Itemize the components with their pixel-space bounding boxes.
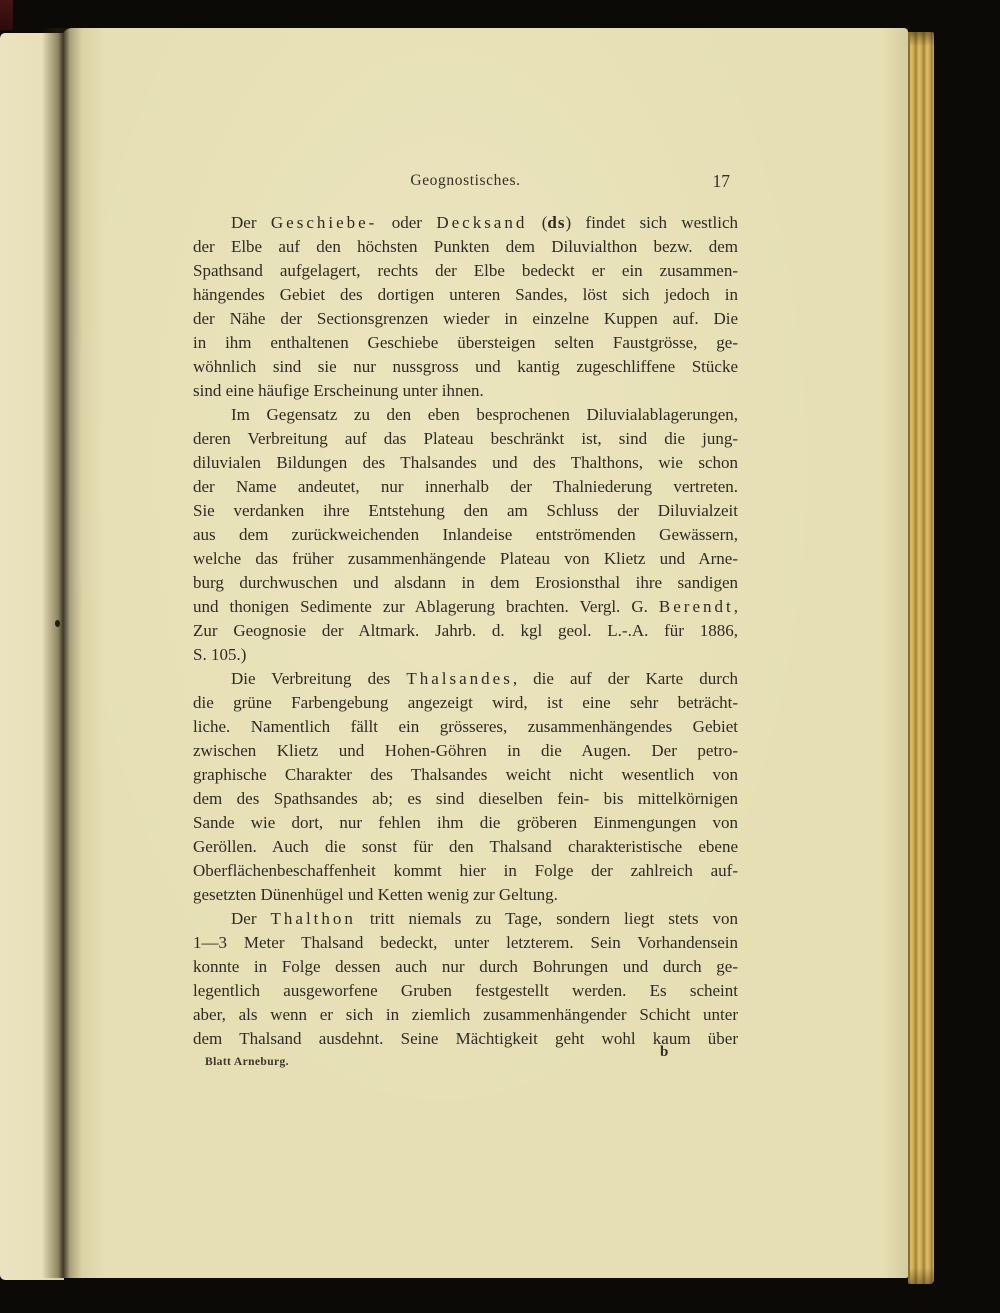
text-line: diluvialen Bildungen des Thalsandes und … <box>193 451 738 475</box>
text-line: deren Verbreitung auf das Plateau beschr… <box>193 427 738 451</box>
text-segment-normal: zwischen Klietz und Hohen-Göhren in die … <box>193 741 738 760</box>
text-line: der Elbe auf den höchsten Punkten dem Di… <box>193 235 738 259</box>
text-segment-normal: deren Verbreitung auf das Plateau beschr… <box>193 429 738 448</box>
text-segment-normal: legentlich ausgeworfene Gruben festgeste… <box>193 981 738 1000</box>
text-line: gesetzten Dünenhügel und Ketten wenig zu… <box>193 883 738 907</box>
text-segment-spaced: Thalsandes <box>406 669 512 688</box>
gutter-speck <box>55 620 60 627</box>
text-line: in ihm enthaltenen Geschiebe übersteigen… <box>193 331 738 355</box>
text-segment-normal: aber, als wenn er sich in ziemlich zusam… <box>193 1005 738 1024</box>
text-line: burg durchwuschen und alsdann in dem Ero… <box>193 571 738 595</box>
text-segment-spaced: Berendt <box>659 597 734 616</box>
text-line: aber, als wenn er sich in ziemlich zusam… <box>193 1003 738 1027</box>
text-segment-normal: Sie verdanken ihre Entstehung den am Sch… <box>193 501 738 520</box>
text-line: sind eine häufige Erscheinung unter ihne… <box>193 379 738 403</box>
text-line: hängendes Gebiet des dortigen unteren Sa… <box>193 283 738 307</box>
text-line: Sande wie dort, nur fehlen ihm die gröbe… <box>193 811 738 835</box>
paragraph: Der Geschiebe- oder Decksand (ds) findet… <box>193 211 738 403</box>
text-segment-normal: burg durchwuschen und alsdann in dem Ero… <box>193 573 738 592</box>
text-segment-normal: und thonigen Sedimente zur Ablagerung br… <box>193 597 659 616</box>
text-segment-spaced: Decksand <box>436 213 527 232</box>
text-segment-normal: tritt niemals zu Tage, sondern liegt ste… <box>356 909 738 928</box>
running-title: Geognostisches. <box>193 172 738 190</box>
text-segment-normal: sind eine häufige Erscheinung unter ihne… <box>193 381 484 400</box>
text-segment-normal: Oberflächenbeschaffenheit kommt hier in … <box>193 861 738 880</box>
text-segment-spaced: Geschiebe- <box>271 213 377 232</box>
text-line: aus dem zurückweichenden Inlandeise ents… <box>193 523 738 547</box>
page-edge-stack <box>908 32 934 1284</box>
text-line: dem des Spathsandes ab; es sind dieselbe… <box>193 787 738 811</box>
text-line: wöhnlich sind sie nur nussgross und kant… <box>193 355 738 379</box>
page-header: Geognostisches. 17 <box>193 172 738 194</box>
text-segment-normal: ( <box>527 213 547 232</box>
text-line: zwischen Klietz und Hohen-Göhren in die … <box>193 739 738 763</box>
text-segment-normal: Die Verbreitung des <box>231 669 406 688</box>
text-line: graphische Charakter des Thalsandes weic… <box>193 763 738 787</box>
text-segment-normal: welche das früher zusammenhängende Plate… <box>193 549 738 568</box>
text-segment-normal: der Name andeutet, nur innerhalb der Tha… <box>193 477 738 496</box>
text-segment-normal: gesetzten Dünenhügel und Ketten wenig zu… <box>193 885 558 904</box>
text-segment-normal: S. 105.) <box>193 645 246 664</box>
text-line: Oberflächenbeschaffenheit kommt hier in … <box>193 859 738 883</box>
text-segment-normal: in ihm enthaltenen Geschiebe übersteigen… <box>193 333 738 352</box>
text-line: Spathsand aufgelagert, rechts der Elbe b… <box>193 259 738 283</box>
text-line: und thonigen Sedimente zur Ablagerung br… <box>193 595 738 619</box>
text-segment-normal: oder <box>377 213 436 232</box>
text-segment-normal: Sande wie dort, nur fehlen ihm die gröbe… <box>193 813 738 832</box>
signature-title: Blatt Arneburg. <box>205 1056 289 1068</box>
text-line: der Nähe der Sectionsgrenzen wieder in e… <box>193 307 738 331</box>
text-segment-normal: konnte in Folge dessen auch nur durch Bo… <box>193 957 738 976</box>
text-segment-normal: der Elbe auf den höchsten Punkten dem Di… <box>193 237 738 256</box>
text-line: welche das früher zusammenhängende Plate… <box>193 547 738 571</box>
text-segment-normal: Zur Geognosie der Altmark. Jahrb. d. kgl… <box>193 621 738 640</box>
text-line: Der Thalthon tritt niemals zu Tage, sond… <box>193 907 738 931</box>
cover-corner-red-detail <box>0 0 13 30</box>
text-segment-normal: aus dem zurückweichenden Inlandeise ents… <box>193 525 738 544</box>
text-line: S. 105.) <box>193 643 738 667</box>
text-line: liche. Namentlich fällt ein grösseres, z… <box>193 715 738 739</box>
text-segment-normal: die grüne Farbengebung angezeigt wird, i… <box>193 693 738 712</box>
text-segment-normal: liche. Namentlich fällt ein grösseres, z… <box>193 717 738 736</box>
text-segment-normal: , <box>734 597 738 616</box>
paragraph: Die Verbreitung des Thalsandes, die auf … <box>193 667 738 907</box>
text-block: Der Geschiebe- oder Decksand (ds) findet… <box>193 211 738 1051</box>
text-line: der Name andeutet, nur innerhalb der Tha… <box>193 475 738 499</box>
paragraph: Der Thalthon tritt niemals zu Tage, sond… <box>193 907 738 1051</box>
text-segment-normal: hängendes Gebiet des dortigen unteren Sa… <box>193 285 738 304</box>
text-segment-bold: ds <box>547 213 565 232</box>
text-line: konnte in Folge dessen auch nur durch Bo… <box>193 955 738 979</box>
text-segment-normal: Der <box>231 213 271 232</box>
text-line: legentlich ausgeworfene Gruben festgeste… <box>193 979 738 1003</box>
text-segment-normal: , die auf der Karte durch <box>513 669 738 688</box>
text-segment-normal: Im Gegensatz zu den eben besprochenen Di… <box>231 405 738 424</box>
signature-mark: b <box>660 1044 668 1061</box>
text-segment-normal: Der <box>231 909 271 928</box>
text-line: Der Geschiebe- oder Decksand (ds) findet… <box>193 211 738 235</box>
text-segment-normal: diluvialen Bildungen des Thalsandes und … <box>193 453 738 472</box>
paragraph: Im Gegensatz zu den eben besprochenen Di… <box>193 403 738 667</box>
text-segment-spaced: Thalthon <box>271 909 356 928</box>
text-line: Im Gegensatz zu den eben besprochenen Di… <box>193 403 738 427</box>
text-line: Zur Geognosie der Altmark. Jahrb. d. kgl… <box>193 619 738 643</box>
text-line: Geröllen. Auch die sonst für den Thalsan… <box>193 835 738 859</box>
text-segment-normal: dem des Spathsandes ab; es sind dieselbe… <box>193 789 738 808</box>
book-page: Geognostisches. 17 Der Geschiebe- oder D… <box>62 28 908 1278</box>
text-line: Sie verdanken ihre Entstehung den am Sch… <box>193 499 738 523</box>
text-segment-normal: der Nähe der Sectionsgrenzen wieder in e… <box>193 309 738 328</box>
text-segment-normal: wöhnlich sind sie nur nussgross und kant… <box>193 357 738 376</box>
text-segment-normal: Geröllen. Auch die sonst für den Thalsan… <box>193 837 738 856</box>
page-number: 17 <box>713 171 731 192</box>
gutter-shadow <box>42 28 82 1278</box>
text-line: 1—3 Meter Thalsand bedeckt, unter letzte… <box>193 931 738 955</box>
text-segment-normal: graphische Charakter des Thalsandes weic… <box>193 765 738 784</box>
page-footer: Blatt Arneburg. b <box>193 1044 738 1084</box>
text-line: Die Verbreitung des Thalsandes, die auf … <box>193 667 738 691</box>
text-segment-normal: ) findet sich westlich <box>565 213 738 232</box>
text-segment-normal: 1—3 Meter Thalsand bedeckt, unter letzte… <box>193 933 738 952</box>
text-segment-normal: Spathsand aufgelagert, rechts der Elbe b… <box>193 261 738 280</box>
text-line: die grüne Farbengebung angezeigt wird, i… <box>193 691 738 715</box>
